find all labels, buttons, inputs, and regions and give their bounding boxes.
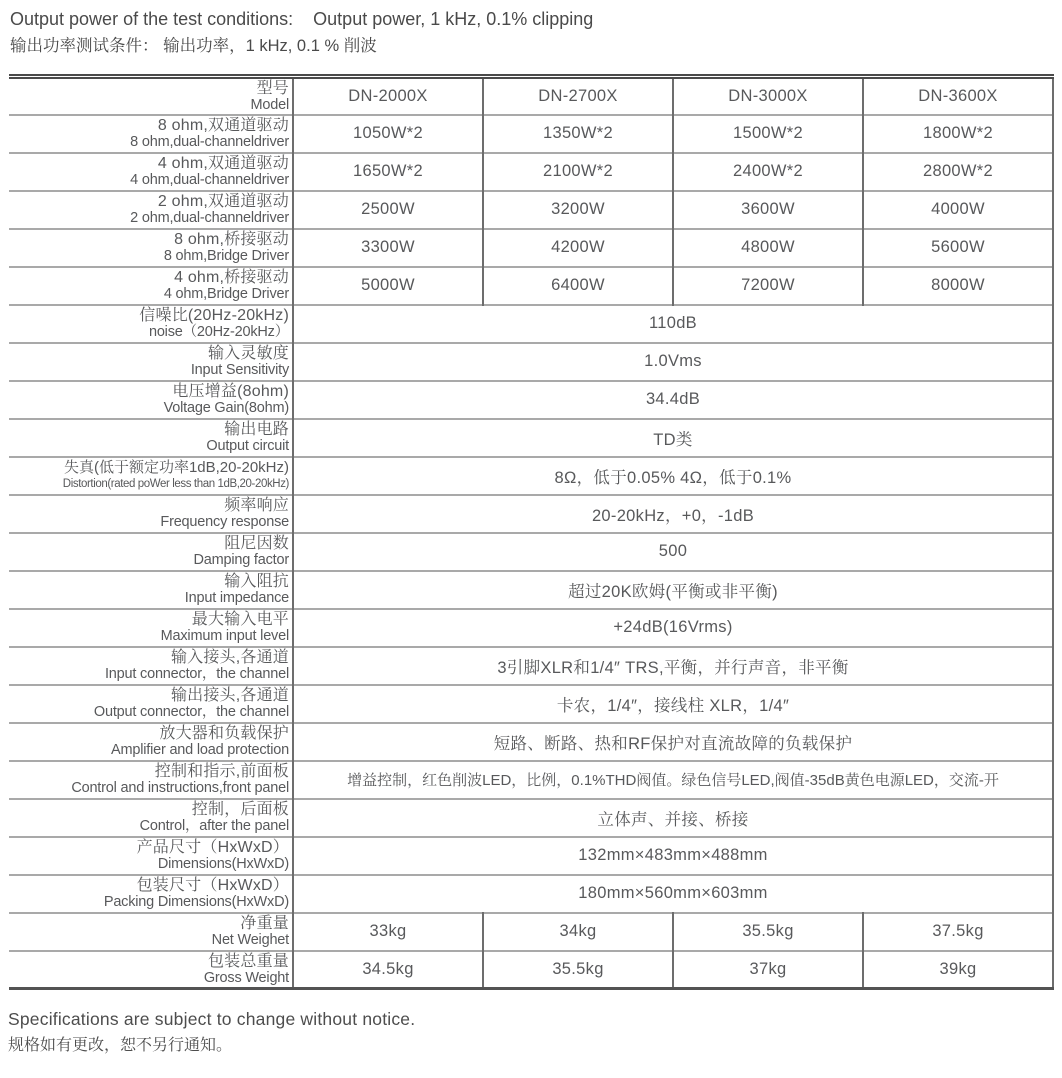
spec-value-cell: 35.5kg	[483, 951, 673, 989]
spec-label-cell: 净重量 Net Weighet	[9, 913, 293, 951]
spec-value-cell: 7200W	[673, 267, 863, 305]
spec-value-span: 超过20K欧姆(平衡或非平衡)	[293, 571, 1053, 609]
label-en: Voltage Gain(8ohm)	[9, 400, 289, 416]
spec-label-cell: 包装总重量 Gross Weight	[9, 951, 293, 989]
label-zh: 控制，后面板	[9, 801, 289, 819]
label-zh: 输入接头,各通道	[9, 649, 289, 667]
table-row-2ohm-dual: 2 ohm,双通道驱动 2 ohm,dual-channeldriver 250…	[9, 191, 1053, 229]
table-row-voltage-gain: 电压增益(8ohm) Voltage Gain(8ohm) 34.4dB	[9, 381, 1053, 419]
label-en: 4 ohm,dual-channeldriver	[9, 172, 289, 188]
spec-label-cell: 输入阻抗 Input impedance	[9, 571, 293, 609]
spec-value-cell: 35.5kg	[673, 913, 863, 951]
spec-value-span: 500	[293, 533, 1053, 571]
spec-label-cell: 输出电路 Output circuit	[9, 419, 293, 457]
spec-label-cell: 频率响应 Frequency response	[9, 495, 293, 533]
spec-value-cell: 37.5kg	[863, 913, 1053, 951]
disclaimer-line-zh: 规格如有更改，恕不另行通知。	[8, 1033, 1062, 1059]
label-en: Output circuit	[9, 438, 289, 454]
table-row-noise: 信噪比(20Hz-20kHz) noise（20Hz-20kHz） 110dB	[9, 305, 1053, 343]
table-row-4ohm-dual: 4 ohm,双通道驱动 4 ohm,dual-channeldriver 165…	[9, 153, 1053, 191]
disclaimer-line-en: Specifications are subject to change wit…	[8, 1005, 1062, 1033]
label-en: 2 ohm,dual-channeldriver	[9, 210, 289, 226]
spec-label-cell: 输入接头,各通道 Input connector，the channel	[9, 647, 293, 685]
spec-value-span: 1.0Vms	[293, 343, 1053, 381]
spec-value-cell: 39kg	[863, 951, 1053, 989]
label-zh: 最大输入电平	[9, 611, 289, 629]
label-zh: 产品尺寸（HxWxD）	[9, 839, 289, 857]
spec-label-cell: 信噪比(20Hz-20kHz) noise（20Hz-20kHz）	[9, 305, 293, 343]
label-en: Input connector，the channel	[9, 666, 289, 682]
spec-label-cell: 4 ohm,双通道驱动 4 ohm,dual-channeldriver	[9, 153, 293, 191]
table-row-gross-weight: 包装总重量 Gross Weight 34.5kg 35.5kg 37kg 39…	[9, 951, 1053, 989]
spec-label-cell: 输出接头,各通道 Output connector，the channel	[9, 685, 293, 723]
spec-value-span: 立体声、并接、桥接	[293, 799, 1053, 837]
spec-value-cell: DN-3000X	[673, 77, 863, 115]
label-en: noise（20Hz-20kHz）	[9, 324, 289, 340]
spec-value-cell: 34.5kg	[293, 951, 483, 989]
label-en: Input impedance	[9, 590, 289, 606]
label-en: Damping factor	[9, 552, 289, 568]
label-zh: 8 ohm,桥接驱动	[9, 231, 289, 249]
spec-value-cell: 1350W*2	[483, 115, 673, 153]
label-en: 8 ohm,Bridge Driver	[9, 248, 289, 264]
label-en: Packing Dimensions(HxWxD)	[9, 894, 289, 910]
spec-value-cell: DN-2700X	[483, 77, 673, 115]
label-zh: 型号	[9, 80, 289, 98]
table-row-distortion: 失真(低于额定功率1dB,20-20kHz) Distortion(rated …	[9, 457, 1053, 495]
label-en: Amplifier and load protection	[9, 742, 289, 758]
spec-value-span: +24dB(16Vrms)	[293, 609, 1053, 647]
spec-label-cell: 8 ohm,桥接驱动 8 ohm,Bridge Driver	[9, 229, 293, 267]
label-zh: 输出电路	[9, 421, 289, 439]
spec-value-cell: 4200W	[483, 229, 673, 267]
table-row-damping-factor: 阻尼因数 Damping factor 500	[9, 533, 1053, 571]
spec-value-span: 短路、断路、热和RF保护对直流故障的负载保护	[293, 723, 1053, 761]
label-en: Gross Weight	[9, 970, 289, 986]
label-zh: 4 ohm,桥接驱动	[9, 269, 289, 287]
table-row-net-weight: 净重量 Net Weighet 33kg 34kg 35.5kg 37.5kg	[9, 913, 1053, 951]
table-row-input-connector: 输入接头,各通道 Input connector，the channel 3引脚…	[9, 647, 1053, 685]
label-zh: 2 ohm,双通道驱动	[9, 193, 289, 211]
table-row-output-circuit: 输出电路 Output circuit TD类	[9, 419, 1053, 457]
spec-value-cell: 4800W	[673, 229, 863, 267]
label-zh: 信噪比(20Hz-20kHz)	[9, 307, 289, 325]
spec-value-cell: 2800W*2	[863, 153, 1053, 191]
label-en: Frequency response	[9, 514, 289, 530]
table-row-dimensions: 产品尺寸（HxWxD） Dimensions(HxWxD) 132mm×483m…	[9, 837, 1053, 875]
table-row-input-sensitivity: 输入灵敏度 Input Sensitivity 1.0Vms	[9, 343, 1053, 381]
table-row-8ohm-dual: 8 ohm,双通道驱动 8 ohm,dual-channeldriver 105…	[9, 115, 1053, 153]
table-row-4ohm-bridge: 4 ohm,桥接驱动 4 ohm,Bridge Driver 5000W 640…	[9, 267, 1053, 305]
label-zh: 输出接头,各通道	[9, 687, 289, 705]
spec-label-cell: 型号 Model	[9, 77, 293, 115]
spec-value-cell: 37kg	[673, 951, 863, 989]
spec-label-cell: 控制，后面板 Control，after the panel	[9, 799, 293, 837]
spec-value-cell: DN-3600X	[863, 77, 1053, 115]
spec-value-span: 3引脚XLR和1/4″ TRS,平衡，并行声音，非平衡	[293, 647, 1053, 685]
label-zh: 包装总重量	[9, 953, 289, 971]
table-row-8ohm-bridge: 8 ohm,桥接驱动 8 ohm,Bridge Driver 3300W 420…	[9, 229, 1053, 267]
label-zh: 净重量	[9, 915, 289, 933]
test-conditions-line-en: Output power of the test conditions: Out…	[10, 6, 1062, 33]
table-row-rear-panel-controls: 控制，后面板 Control，after the panel 立体声、并接、桥接	[9, 799, 1053, 837]
label-en: Control，after the panel	[9, 818, 289, 834]
label-zh: 包装尺寸（HxWxD）	[9, 877, 289, 895]
label-zh: 阻尼因数	[9, 535, 289, 553]
spec-value-span: 卡农，1/4″，接线柱 XLR，1/4″	[293, 685, 1053, 723]
spec-value-cell: 1650W*2	[293, 153, 483, 191]
label-en: Distortion(rated poWer less than 1dB,20-…	[9, 476, 289, 492]
label-en: Maximum input level	[9, 628, 289, 644]
spec-value-cell: 2500W	[293, 191, 483, 229]
spec-value-cell: 1800W*2	[863, 115, 1053, 153]
spec-value-cell: 5600W	[863, 229, 1053, 267]
spec-value-span: TD类	[293, 419, 1053, 457]
spec-table: 型号 Model DN-2000X DN-2700X DN-3000X DN-3…	[9, 74, 1054, 990]
test-conditions-line-zh: 输出功率测试条件： 输出功率，1 kHz, 0.1 % 削波	[10, 33, 1062, 59]
spec-value-cell: 2400W*2	[673, 153, 863, 191]
label-zh: 电压增益(8ohm)	[9, 383, 289, 401]
spec-value-cell: 4000W	[863, 191, 1053, 229]
spec-value-cell: 2100W*2	[483, 153, 673, 191]
spec-table-body: 型号 Model DN-2000X DN-2700X DN-3000X DN-3…	[9, 77, 1053, 989]
spec-value-cell: 3200W	[483, 191, 673, 229]
label-zh: 8 ohm,双通道驱动	[9, 117, 289, 135]
label-en: 8 ohm,dual-channeldriver	[9, 134, 289, 150]
table-row-max-input-level: 最大输入电平 Maximum input level +24dB(16Vrms)	[9, 609, 1053, 647]
spec-value-cell: DN-2000X	[293, 77, 483, 115]
spec-value-cell: 33kg	[293, 913, 483, 951]
spec-label-cell: 失真(低于额定功率1dB,20-20kHz) Distortion(rated …	[9, 457, 293, 495]
spec-label-cell: 8 ohm,双通道驱动 8 ohm,dual-channeldriver	[9, 115, 293, 153]
label-zh: 放大器和负载保护	[9, 725, 289, 743]
table-row-packing-dimensions: 包装尺寸（HxWxD） Packing Dimensions(HxWxD) 18…	[9, 875, 1053, 913]
label-zh: 输入灵敏度	[9, 345, 289, 363]
footer-disclaimer: Specifications are subject to change wit…	[8, 1005, 1062, 1059]
spec-value-span: 20-20kHz，+0，-1dB	[293, 495, 1053, 533]
label-zh: 频率响应	[9, 497, 289, 515]
table-row-load-protection: 放大器和负载保护 Amplifier and load protection 短…	[9, 723, 1053, 761]
label-en: Input Sensitivity	[9, 362, 289, 378]
spec-value-span: 110dB	[293, 305, 1053, 343]
spec-value-cell: 3600W	[673, 191, 863, 229]
spec-value-cell: 1050W*2	[293, 115, 483, 153]
table-row-frequency-response: 频率响应 Frequency response 20-20kHz，+0，-1dB	[9, 495, 1053, 533]
spec-value-cell: 6400W	[483, 267, 673, 305]
label-zh: 失真(低于额定功率1dB,20-20kHz)	[9, 459, 289, 477]
spec-value-cell: 8000W	[863, 267, 1053, 305]
spec-value-span: 180mm×560mm×603mm	[293, 875, 1053, 913]
label-zh: 控制和指示,前面板	[9, 763, 289, 781]
table-row-output-connector: 输出接头,各通道 Output connector，the channel 卡农…	[9, 685, 1053, 723]
label-en: 4 ohm,Bridge Driver	[9, 286, 289, 302]
test-conditions-header: Output power of the test conditions: Out…	[0, 6, 1062, 59]
spec-value-span: 增益控制，红色削波LED，比例，0.1%THD阀值。绿色信号LED,阀值-35d…	[293, 761, 1053, 799]
spec-value-span: 132mm×483mm×488mm	[293, 837, 1053, 875]
spec-label-cell: 输入灵敏度 Input Sensitivity	[9, 343, 293, 381]
label-zh: 输入阻抗	[9, 573, 289, 591]
spec-value-cell: 34kg	[483, 913, 673, 951]
label-en: Control and instructions,front panel	[9, 780, 289, 796]
table-row-model: 型号 Model DN-2000X DN-2700X DN-3000X DN-3…	[9, 77, 1053, 115]
spec-label-cell: 产品尺寸（HxWxD） Dimensions(HxWxD)	[9, 837, 293, 875]
spec-label-cell: 控制和指示,前面板 Control and instructions,front…	[9, 761, 293, 799]
spec-label-cell: 4 ohm,桥接驱动 4 ohm,Bridge Driver	[9, 267, 293, 305]
label-en: Dimensions(HxWxD)	[9, 856, 289, 872]
label-zh: 4 ohm,双通道驱动	[9, 155, 289, 173]
spec-label-cell: 2 ohm,双通道驱动 2 ohm,dual-channeldriver	[9, 191, 293, 229]
spec-label-cell: 最大输入电平 Maximum input level	[9, 609, 293, 647]
spec-value-cell: 3300W	[293, 229, 483, 267]
spec-label-cell: 阻尼因数 Damping factor	[9, 533, 293, 571]
spec-value-cell: 5000W	[293, 267, 483, 305]
spec-value-cell: 1500W*2	[673, 115, 863, 153]
label-en: Net Weighet	[9, 932, 289, 948]
spec-label-cell: 放大器和负载保护 Amplifier and load protection	[9, 723, 293, 761]
spec-value-span: 8Ω，低于0.05% 4Ω，低于0.1%	[293, 457, 1053, 495]
table-row-input-impedance: 输入阻抗 Input impedance 超过20K欧姆(平衡或非平衡)	[9, 571, 1053, 609]
table-row-front-panel-controls: 控制和指示,前面板 Control and instructions,front…	[9, 761, 1053, 799]
spec-sheet: Output power of the test conditions: Out…	[0, 0, 1062, 1059]
label-en: Model	[9, 97, 289, 113]
spec-label-cell: 包装尺寸（HxWxD） Packing Dimensions(HxWxD)	[9, 875, 293, 913]
spec-value-span: 34.4dB	[293, 381, 1053, 419]
label-en: Output connector，the channel	[9, 704, 289, 720]
spec-label-cell: 电压增益(8ohm) Voltage Gain(8ohm)	[9, 381, 293, 419]
